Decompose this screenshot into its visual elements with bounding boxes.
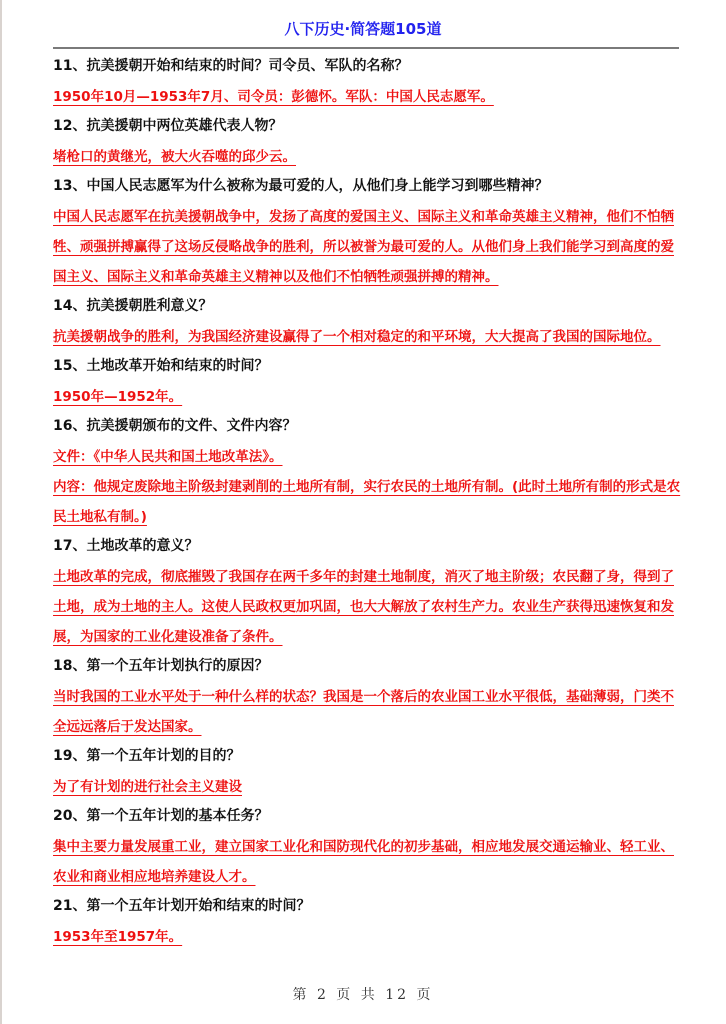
answer-text: 文件：《中华人民共和国土地改革法》。 — [53, 449, 283, 465]
answer-text: 集中主要力量发展重工业，建立国家工业化和国防现代化的初步基础，相应地发展交通运输… — [53, 839, 674, 885]
answer-content: 内容：他规定废除地主阶级封建剥削的土地所有制，实行农民的土地所有制。(此时土地所… — [53, 472, 683, 532]
qa-item-18: 18、第一个五年计划执行的原因？ 当时我国的工业水平处于一种什么样的状态？我国是… — [53, 656, 683, 742]
document-header-title: 八下历史·简答题105道 — [0, 18, 726, 39]
page-left-edge — [0, 0, 2, 1024]
page-number-footer: 第 2 页 共 12 页 — [0, 984, 726, 1004]
answer: 土地改革的完成，彻底摧毁了我国存在两千多年的封建土地制度，消灭了地主阶级；农民翻… — [53, 562, 683, 652]
qa-item-16: 16、抗美援朝颁布的文件、文件内容？ 文件：《中华人民共和国土地改革法》。 内容… — [53, 416, 683, 532]
answer-text: 中国人民志愿军在抗美援朝战争中，发扬了高度的爱国主义、国际主义和革命英雄主义精神… — [53, 209, 674, 285]
question: 11、抗美援朝开始和结束的时间？司令员、军队的名称？ — [53, 56, 683, 76]
answer-text: 1950年—1952年。 — [53, 389, 182, 405]
question: 19、第一个五年计划的目的？ — [53, 746, 683, 766]
answer-text: 内容：他规定废除地主阶级封建剥削的土地所有制，实行农民的土地所有制。(此时土地所… — [53, 479, 680, 525]
qa-item-12: 12、抗美援朝中两位英雄代表人物？ 堵枪口的黄继光，被大火吞噬的邱少云。 — [53, 116, 683, 172]
qa-item-20: 20、第一个五年计划的基本任务？ 集中主要力量发展重工业，建立国家工业化和国防现… — [53, 806, 683, 892]
qa-item-15: 15、土地改革开始和结束的时间？ 1950年—1952年。 — [53, 356, 683, 412]
answer: 当时我国的工业水平处于一种什么样的状态？我国是一个落后的农业国工业水平很低，基础… — [53, 682, 683, 742]
answer: 堵枪口的黄继光，被大火吞噬的邱少云。 — [53, 142, 683, 172]
answer: 1953年至1957年。 — [53, 922, 683, 952]
question: 16、抗美援朝颁布的文件、文件内容？ — [53, 416, 683, 436]
answer-text: 土地改革的完成，彻底摧毁了我国存在两千多年的封建土地制度，消灭了地主阶级；农民翻… — [53, 569, 674, 645]
question: 20、第一个五年计划的基本任务？ — [53, 806, 683, 826]
answer-text: 为了有计划的进行社会主义建设 — [53, 779, 242, 795]
answer-text: 当时我国的工业水平处于一种什么样的状态？我国是一个落后的农业国工业水平很低，基础… — [53, 689, 674, 735]
qa-item-11: 11、抗美援朝开始和结束的时间？司令员、军队的名称？ 1950年10月—1953… — [53, 56, 683, 112]
question: 18、第一个五年计划执行的原因？ — [53, 656, 683, 676]
question: 14、抗美援朝胜利意义？ — [53, 296, 683, 316]
answer: 抗美援朝战争的胜利，为我国经济建设赢得了一个相对稳定的和平环境，大大提高了我国的… — [53, 322, 683, 352]
answer: 1950年—1952年。 — [53, 382, 683, 412]
answer: 1950年10月—1953年7月、司令员：彭德怀。军队：中国人民志愿军。 — [53, 82, 683, 112]
answer-document: 文件：《中华人民共和国土地改革法》。 — [53, 442, 683, 472]
qa-list: 11、抗美援朝开始和结束的时间？司令员、军队的名称？ 1950年10月—1953… — [53, 52, 683, 954]
answer-text: 堵枪口的黄继光，被大火吞噬的邱少云。 — [53, 149, 296, 165]
question: 17、土地改革的意义？ — [53, 536, 683, 556]
answer: 集中主要力量发展重工业，建立国家工业化和国防现代化的初步基础，相应地发展交通运输… — [53, 832, 683, 892]
qa-item-17: 17、土地改革的意义？ 土地改革的完成，彻底摧毁了我国存在两千多年的封建土地制度… — [53, 536, 683, 652]
qa-item-19: 19、第一个五年计划的目的？ 为了有计划的进行社会主义建设 — [53, 746, 683, 802]
answer: 中国人民志愿军在抗美援朝战争中，发扬了高度的爱国主义、国际主义和革命英雄主义精神… — [53, 202, 683, 292]
answer-text: 1953年至1957年。 — [53, 929, 182, 945]
question: 13、中国人民志愿军为什么被称为最可爱的人，从他们身上能学习到哪些精神？ — [53, 176, 683, 196]
question: 21、第一个五年计划开始和结束的时间？ — [53, 896, 683, 916]
qa-item-21: 21、第一个五年计划开始和结束的时间？ 1953年至1957年。 — [53, 896, 683, 952]
qa-item-14: 14、抗美援朝胜利意义？ 抗美援朝战争的胜利，为我国经济建设赢得了一个相对稳定的… — [53, 296, 683, 352]
answer-text: 1950年10月—1953年7月、司令员：彭德怀。军队：中国人民志愿军。 — [53, 89, 494, 105]
qa-item-13: 13、中国人民志愿军为什么被称为最可爱的人，从他们身上能学习到哪些精神？ 中国人… — [53, 176, 683, 292]
question: 12、抗美援朝中两位英雄代表人物？ — [53, 116, 683, 136]
question: 15、土地改革开始和结束的时间？ — [53, 356, 683, 376]
answer-text: 抗美援朝战争的胜利，为我国经济建设赢得了一个相对稳定的和平环境，大大提高了我国的… — [53, 329, 661, 345]
answer: 为了有计划的进行社会主义建设 — [53, 772, 683, 802]
header-divider — [53, 47, 679, 49]
